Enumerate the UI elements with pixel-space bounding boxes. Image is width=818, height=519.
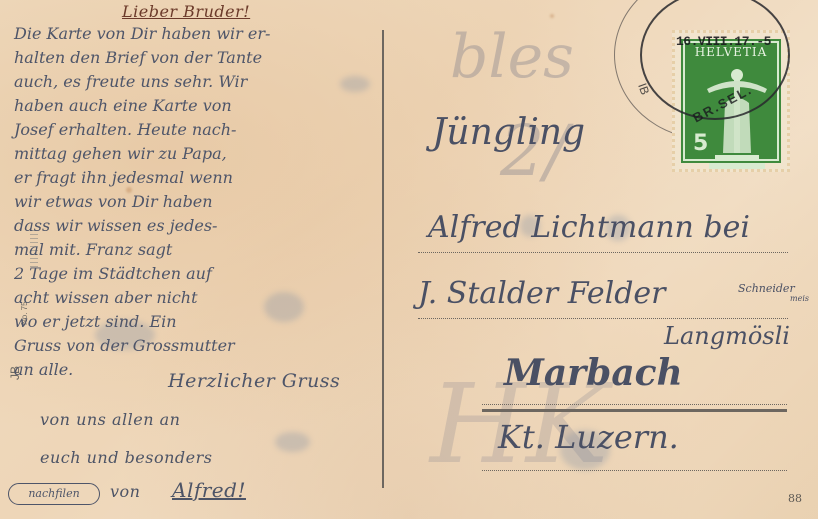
address-line-2	[418, 318, 788, 319]
address-line-3	[482, 404, 787, 405]
message-line: 2 Tage im Städtchen auf	[14, 264, 212, 283]
card-number: 88	[788, 492, 802, 505]
message-line: wo er jetzt sind. Ein	[14, 312, 177, 331]
closing-line: euch und besonders	[40, 448, 213, 467]
message-line: wir etwas von Dir haben	[14, 192, 213, 211]
message-line: mal mit. Franz sagt	[14, 240, 172, 259]
message-line: er fragt ihn jedesmal wenn	[14, 168, 233, 187]
closing-line: Herzlicher Gruss	[168, 370, 340, 392]
stamp-value: 5	[693, 131, 708, 156]
message-line: Die Karte von Dir haben wir er-	[14, 24, 270, 43]
address-line-4	[482, 470, 787, 471]
address-care-of: J. Stalder Felder	[418, 276, 666, 311]
signature: Alfred!	[172, 478, 246, 502]
message-line: haben auch eine Karte von	[14, 96, 232, 115]
address-recipient: Alfred Lichtmann bei	[428, 210, 750, 245]
greeting: Lieber Bruder!	[122, 2, 250, 21]
address-title: Jüngling	[432, 112, 585, 153]
postcard: bles 2/ HK HELVETIA 5 16.VIII.17.-5 BR.S…	[0, 0, 818, 519]
message-line: dass wir wissen es jedes-	[14, 216, 217, 235]
message-line: halten den Brief von der Tante	[14, 48, 262, 67]
message-line: mittag gehen wir zu Papa,	[14, 144, 227, 163]
postmark-date: 16.VIII.17.-5	[676, 34, 771, 49]
card-divider	[382, 30, 384, 488]
message-line: Josef erhalten. Heute nach-	[14, 120, 236, 139]
address-trade-note-2: meis	[790, 294, 809, 303]
signature-prefix: von	[110, 482, 140, 501]
address-canton: Kt. Luzern.	[498, 418, 679, 456]
address-trade-note: Schneider	[738, 282, 795, 295]
boxed-note: nachfilen	[8, 483, 100, 505]
message-line: auch, es freute uns sehr. Wir	[14, 72, 247, 91]
closing-line: von uns allen an	[40, 410, 180, 429]
address-town-rule	[482, 409, 787, 412]
message-line: Gruss von der Grossmutter	[14, 336, 235, 355]
message-line: acht wissen aber nicht	[14, 288, 198, 307]
address-town: Marbach	[504, 352, 683, 394]
pencil-note: bles	[450, 22, 574, 92]
address-line-1	[418, 252, 788, 253]
address-farm: Langmösli	[664, 322, 790, 350]
message-line: an alle.	[14, 360, 73, 379]
